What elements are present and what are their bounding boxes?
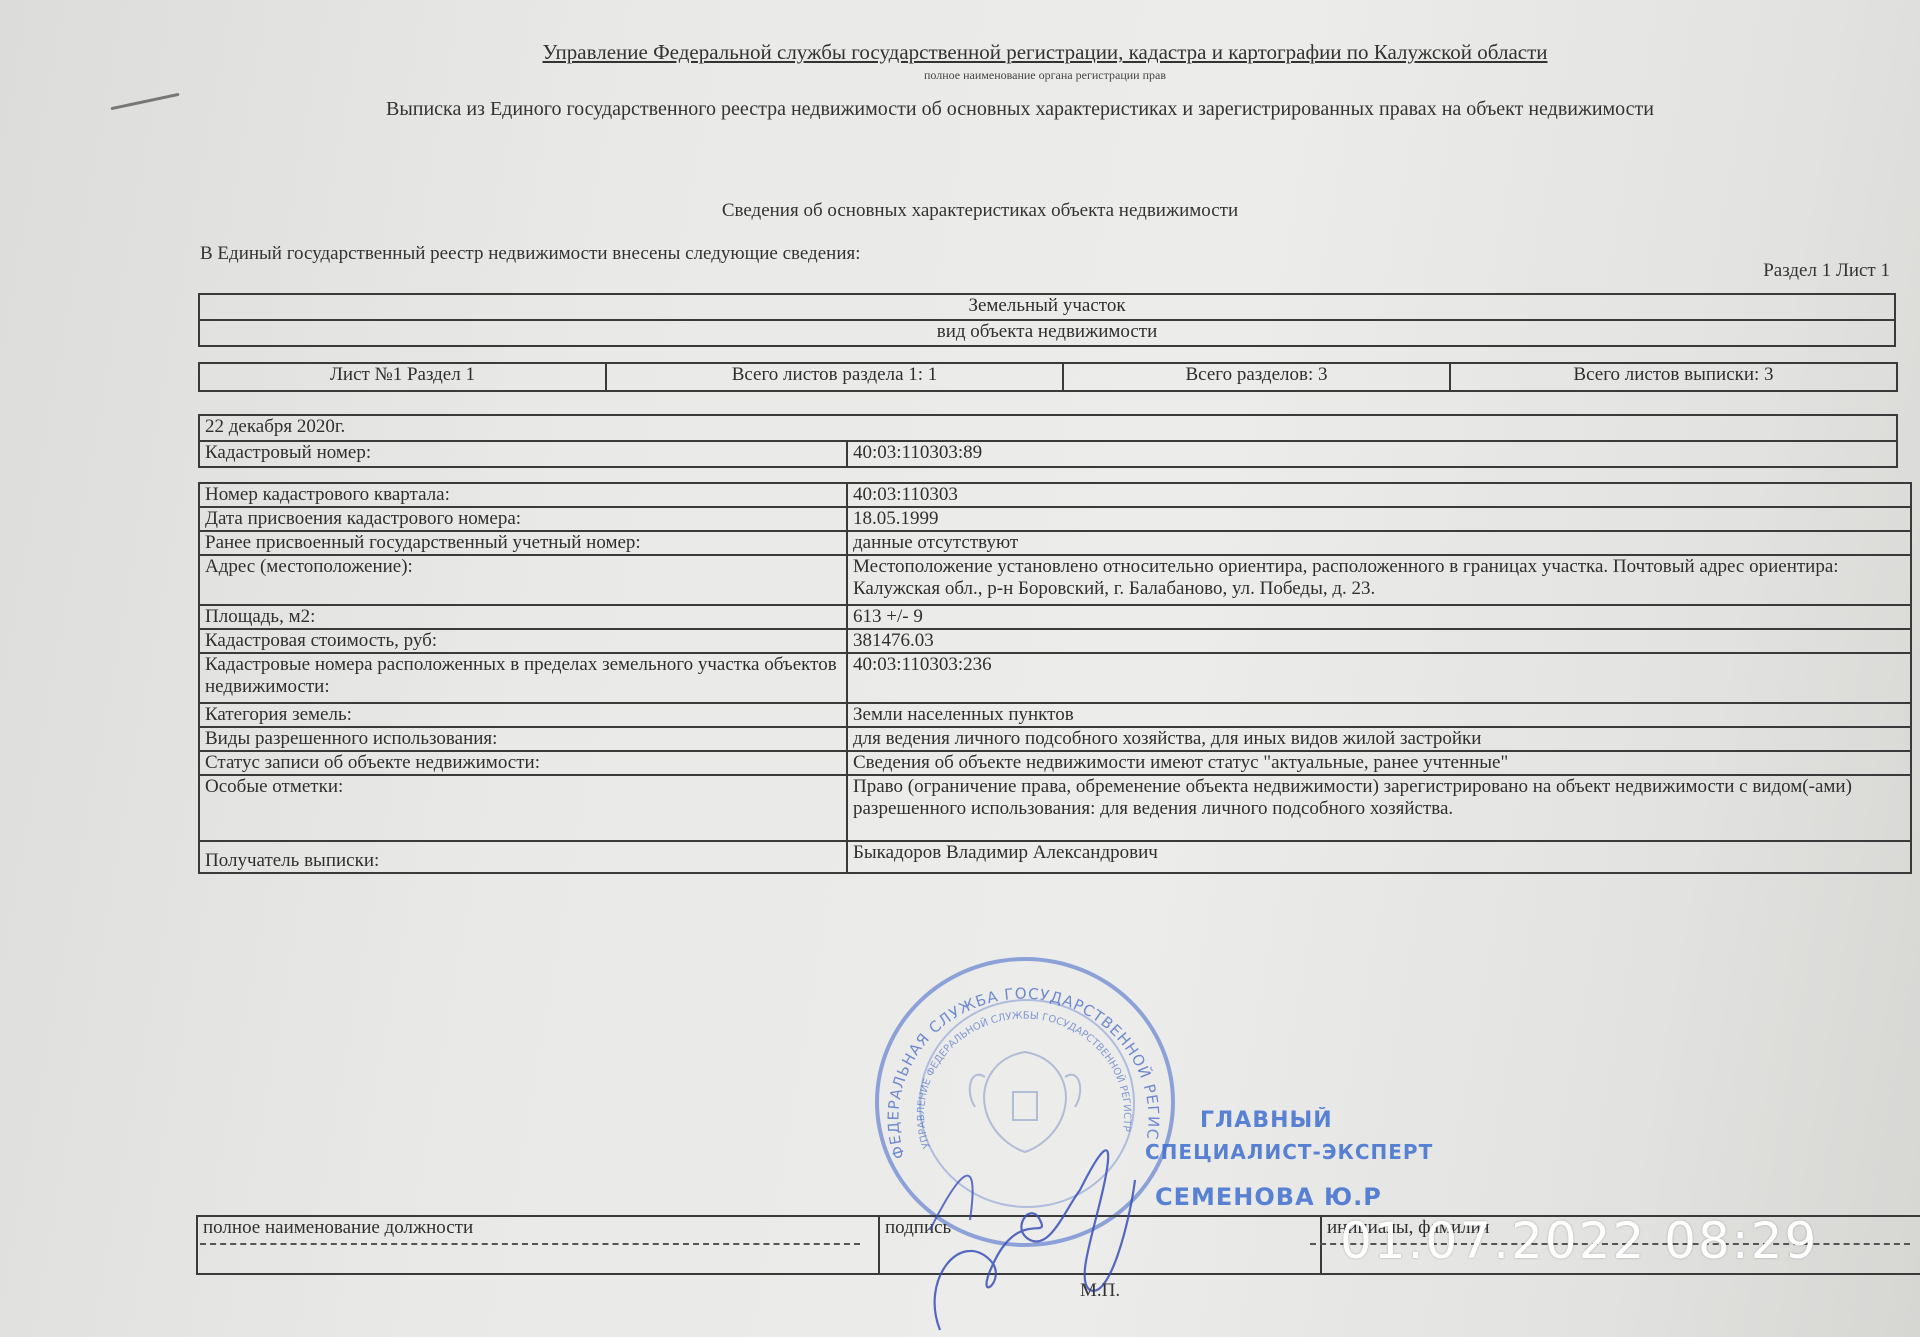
table-row: Ранее присвоенный государственный учетны… bbox=[199, 531, 1911, 555]
row-label: Категория земель: bbox=[199, 703, 847, 727]
row-value: Быкадоров Владимир Александрович bbox=[847, 841, 1911, 873]
object-type-caption: вид объекта недвижимости bbox=[199, 320, 1895, 346]
official-name: СЕМЕНОВА Ю.Р bbox=[1155, 1183, 1382, 1211]
row-value: 18.05.1999 bbox=[847, 507, 1911, 531]
row-value: данные отсутствуют bbox=[847, 531, 1911, 555]
table-row: Особые отметки: Право (ограничение права… bbox=[199, 775, 1911, 841]
table-row: Виды разрешенного использования: для вед… bbox=[199, 727, 1911, 751]
table-row: Статус записи об объекте недвижимости: С… bbox=[199, 751, 1911, 775]
document-title: Выписка из Единого государственного реес… bbox=[260, 98, 1780, 121]
official-title-line2: СПЕЦИАЛИСТ-ЭКСПЕРТ bbox=[1145, 1140, 1433, 1164]
row-label: Площадь, м2: bbox=[199, 605, 847, 629]
table-row: Площадь, м2: 613 +/- 9 bbox=[199, 605, 1911, 629]
sections-total: Всего разделов: 3 bbox=[1063, 363, 1450, 391]
table-row: Категория земель: Земли населенных пункт… bbox=[199, 703, 1911, 727]
agency-caption: полное наименование органа регистрации п… bbox=[0, 68, 1920, 83]
row-value: Земли населенных пунктов bbox=[847, 703, 1911, 727]
row-value: Сведения об объекте недвижимости имеют с… bbox=[847, 751, 1911, 775]
characteristics-table: Номер кадастрового квартала: 40:03:11030… bbox=[198, 482, 1912, 874]
row-value: 40:03:110303 bbox=[847, 483, 1911, 507]
sheet-number: Лист №1 Раздел 1 bbox=[199, 363, 606, 391]
row-value: Право (ограничение права, обременение об… bbox=[847, 775, 1911, 841]
row-label: Статус записи об объекте недвижимости: bbox=[199, 751, 847, 775]
table-row: Номер кадастрового квартала: 40:03:11030… bbox=[199, 483, 1911, 507]
row-label: Ранее присвоенный государственный учетны… bbox=[199, 531, 847, 555]
extract-date: 22 декабря 2020г. bbox=[199, 415, 1897, 441]
row-label: Кадастровая стоимость, руб: bbox=[199, 629, 847, 653]
row-label: Виды разрешенного использования: bbox=[199, 727, 847, 751]
row-value: 40:03:110303:236 bbox=[847, 653, 1911, 703]
document-page: Управление Федеральной службы государств… bbox=[0, 0, 1920, 1337]
row-label: Адрес (местоположение): bbox=[199, 555, 847, 605]
row-value: Местоположение установлено относительно … bbox=[847, 555, 1911, 605]
row-label: Дата присвоения кадастрового номера: bbox=[199, 507, 847, 531]
sheet-meta-table: Лист №1 Раздел 1 Всего листов раздела 1:… bbox=[198, 362, 1898, 392]
section-title: Сведения об основных характеристиках объ… bbox=[600, 200, 1360, 222]
row-label: Особые отметки: bbox=[199, 775, 847, 841]
sheets-in-section: Всего листов раздела 1: 1 bbox=[606, 363, 1063, 391]
cadastral-number-label: Кадастровый номер: bbox=[199, 441, 847, 467]
seal-place-caption: М.П. bbox=[1080, 1280, 1120, 1302]
official-title-line1: ГЛАВНЫЙ bbox=[1200, 1108, 1333, 1133]
intro-text: В Единый государственный реестр недвижим… bbox=[200, 243, 861, 265]
table-row: Дата присвоения кадастрового номера: 18.… bbox=[199, 507, 1911, 531]
date-table: 22 декабря 2020г. Кадастровый номер: 40:… bbox=[198, 414, 1898, 468]
row-label: Номер кадастрового квартала: bbox=[199, 483, 847, 507]
sheets-total: Всего листов выписки: 3 bbox=[1450, 363, 1897, 391]
handwritten-signature bbox=[900, 1110, 1160, 1337]
cadastral-number-value: 40:03:110303:89 bbox=[847, 441, 1897, 467]
staple-mark bbox=[110, 93, 179, 110]
row-value: для ведения личного подсобного хозяйства… bbox=[847, 727, 1911, 751]
section-reference: Раздел 1 Лист 1 bbox=[1763, 260, 1890, 282]
position-caption: полное наименование должности bbox=[197, 1216, 879, 1274]
row-value: 613 +/- 9 bbox=[847, 605, 1911, 629]
agency-name: Управление Федеральной службы государств… bbox=[0, 40, 1920, 65]
row-label: Получатель выписки: bbox=[199, 841, 847, 873]
photo-timestamp: 01.07.2022 08:29 bbox=[1340, 1212, 1818, 1270]
table-row: Адрес (местоположение): Местоположение у… bbox=[199, 555, 1911, 605]
position-dash-line bbox=[200, 1243, 860, 1245]
table-row: Получатель выписки: Быкадоров Владимир А… bbox=[199, 841, 1911, 873]
object-type: Земельный участок bbox=[199, 294, 1895, 320]
table-row: Кадастровые номера расположенных в преде… bbox=[199, 653, 1911, 703]
object-type-table: Земельный участок вид объекта недвижимос… bbox=[198, 293, 1896, 347]
row-label: Кадастровые номера расположенных в преде… bbox=[199, 653, 847, 703]
table-row: Кадастровая стоимость, руб: 381476.03 bbox=[199, 629, 1911, 653]
row-value: 381476.03 bbox=[847, 629, 1911, 653]
